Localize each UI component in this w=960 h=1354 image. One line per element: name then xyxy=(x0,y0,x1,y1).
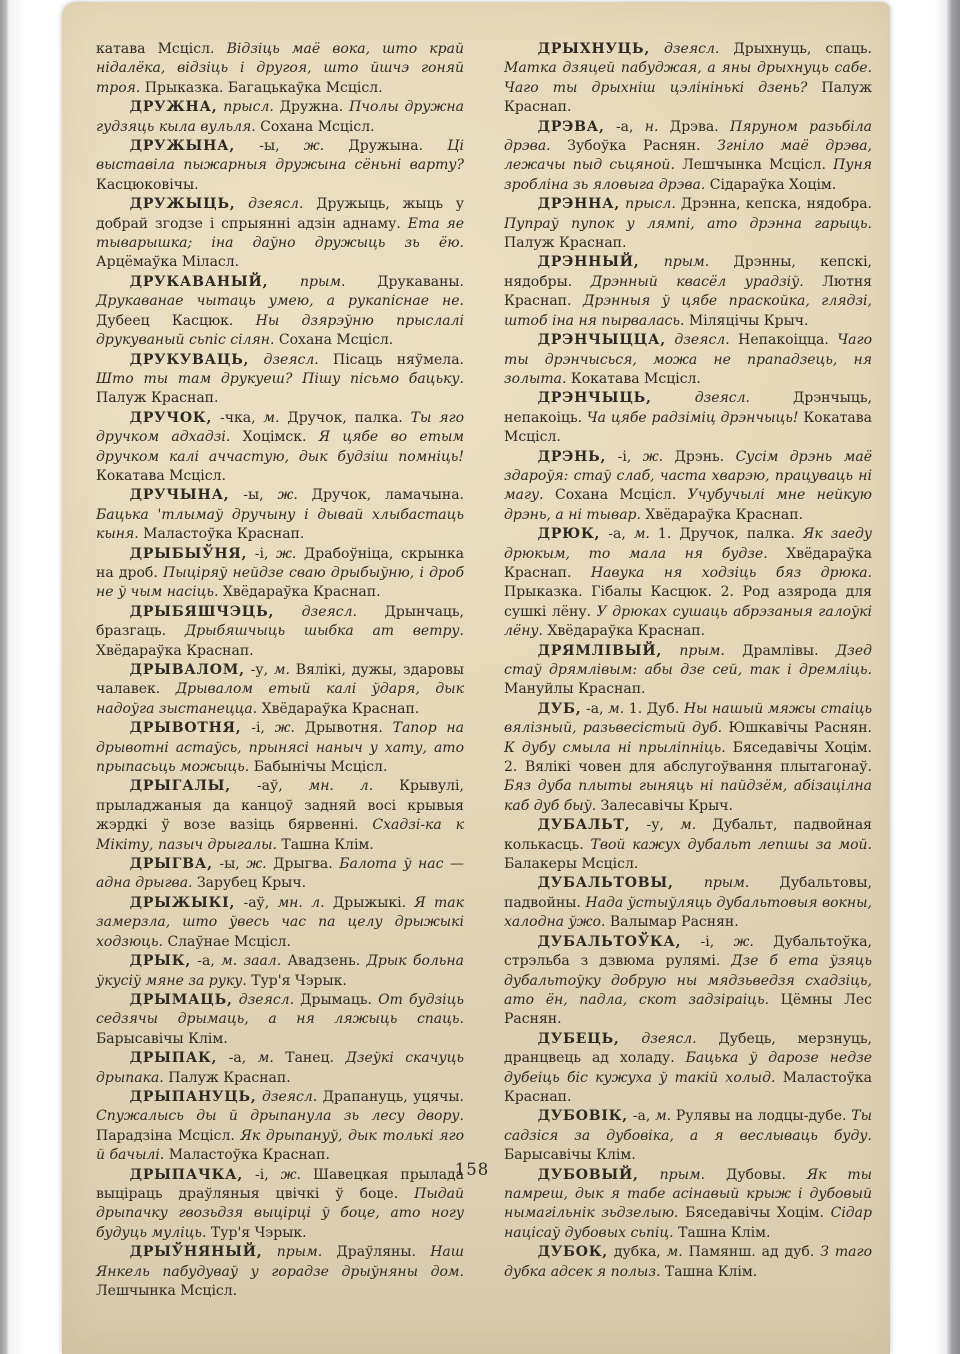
headword: ДРЭНЧЫЦЦА, xyxy=(538,332,666,348)
entry-text-italic: дзеясл. xyxy=(620,1031,697,1047)
dictionary-entry: ДРЫМАЦЬ, дзеясл. Дрымаць. От будзіць сед… xyxy=(96,991,464,1049)
column-right: ДРЫХНУЦЬ, дзеясл. Дрыхнуць, спаць. Матка… xyxy=(504,40,872,1301)
entry-text-italic: м. xyxy=(268,662,290,678)
dictionary-entry: ДУБАЛЬТОЎКА, -і, ж. Дубальтоўка, стрэльб… xyxy=(504,933,872,1030)
headword: ДРУЖНА, xyxy=(130,99,218,115)
headword: ДРЫЎНЯНЫЙ, xyxy=(130,1244,263,1260)
dictionary-entry: ДРЫК, -а, м. заал. Авадзень. Дрык больна… xyxy=(96,952,464,991)
entry-text: -а, xyxy=(605,119,634,135)
entry-text: Барысавічы Клім. xyxy=(504,1147,636,1163)
entry-text: Залесавічы Крыч. xyxy=(596,798,733,814)
dictionary-entry: ДУБОВЫЙ, прым. Дубовы. Як ты памреш, дык… xyxy=(504,1166,872,1244)
entry-text-italic: м. xyxy=(661,1244,683,1260)
entry-text: Дрэнь. xyxy=(663,449,724,465)
entry-text-italic: м. xyxy=(650,1108,671,1124)
entry-text-italic: м. заал. xyxy=(215,953,281,969)
entry-text: Міляцічы Крыч. xyxy=(684,313,808,329)
dictionary-entry: ДРЫВАЛОМ, -у, м. Вялікі, дужы, здаровы ч… xyxy=(96,661,464,719)
entry-text: -а, xyxy=(628,1108,650,1124)
headword: ДУБОВЫЙ, xyxy=(538,1167,639,1183)
entry-text: Прыказка. Багацькаўка Мсцісл. xyxy=(140,80,382,96)
entry-text: Арцёмаўка Міласл. xyxy=(96,254,239,270)
dictionary-entry: ДРУЖЫЦЬ, дзеясл. Дружыць, жыць у добрай … xyxy=(96,195,464,273)
headword: ДРЫПАЧКА, xyxy=(130,1167,243,1183)
entry-text: Маластоўка Краснап. xyxy=(139,526,305,542)
entry-text-italic: м. xyxy=(604,701,625,717)
entry-text: катава Мсцісл. xyxy=(96,41,214,57)
entry-text-italic: н. xyxy=(633,119,658,135)
entry-text-italic: мн. л. xyxy=(269,895,324,911)
entry-text: -і, xyxy=(606,449,631,465)
headword: ДУБАЛЬТ, xyxy=(538,817,631,833)
entry-text-italic: ж. xyxy=(240,856,267,872)
dictionary-entry: ДРУЧОК, -чка, м. Дручок, палка. Ты яго д… xyxy=(96,409,464,487)
entry-text-italic: Навука ня ходзіць бяз дрюка. xyxy=(571,565,872,581)
entry-text: Авадзень. xyxy=(281,953,360,969)
entry-text-italic: ж. xyxy=(714,934,754,950)
headword: ДРЫЖЫКІ, xyxy=(130,895,236,911)
entry-text: Сохана Мсцісл. xyxy=(256,119,375,135)
entry-text-italic: Пупраў пупок у лямпі, ато дрэнна гарыць. xyxy=(504,216,872,232)
entry-text: -і, xyxy=(247,546,268,562)
headword: ДРУКУВАЦЬ, xyxy=(130,352,250,368)
headword: ДРЫБЫЎНЯ, xyxy=(130,546,248,562)
entry-text: -ы, xyxy=(235,138,280,154)
dictionary-entry: ДРЭНЧЫЦЬ, дзеясл. Дрэнчыць, непакоіць. Ч… xyxy=(504,389,872,447)
entry-text-italic: Твой кажух дубальт лепшы за мой. xyxy=(584,837,872,853)
entry-text: -а, xyxy=(600,526,626,542)
entry-text-italic: Спужалысь ды й дрыпанула зь лесу двору. xyxy=(96,1108,464,1124)
entry-text-italic: дзеясл. xyxy=(650,41,719,57)
headword: ДРЫК, xyxy=(130,953,191,969)
headword: ДРЭННЫЙ, xyxy=(538,254,640,270)
headword: ДРУЧЫНА, xyxy=(130,487,230,503)
entry-text: Ташна Клім. xyxy=(660,1264,757,1280)
entry-text: -чка, xyxy=(212,410,255,426)
dictionary-entry: ДРЫБЫЎНЯ, -і, ж. Драбоўніца, скрынка на … xyxy=(96,545,464,603)
entry-text: Дрэнна, кепска, нядобра. xyxy=(676,196,872,212)
entry-text: Дручок, палка. xyxy=(279,410,402,426)
entry-text: -у, xyxy=(245,662,268,678)
entry-text-italic: ж. xyxy=(269,1167,301,1183)
dictionary-entry: ДРУКАВАНЫЙ, прым. Друкаваны. Друкаванае … xyxy=(96,273,464,351)
dictionary-entry: ДРЭННЫЙ, прым. Дрэнны, кепскі, нядобры. … xyxy=(504,253,872,331)
entry-text-italic: ж. xyxy=(264,487,298,503)
entry-text: Дрыжыкі. xyxy=(325,895,407,911)
entry-text: -ы, xyxy=(213,856,240,872)
entry-text: Палуж Краснап. xyxy=(96,390,218,406)
headword: ДРЭНЬ, xyxy=(538,449,607,465)
headword: ДУБОВІК, xyxy=(538,1108,628,1124)
entry-text: Кокатава Мсцісл. xyxy=(96,468,226,484)
entry-text-italic: дзеясл. xyxy=(249,352,319,368)
entry-text-italic: м. xyxy=(664,817,696,833)
entry-text: Драўляны. xyxy=(322,1244,416,1260)
dictionary-entry: ДРЫГВА, -ы, ж. Дрыгва. Балота ў нас — ад… xyxy=(96,855,464,894)
headword: ДРЭННА, xyxy=(538,196,620,212)
dictionary-entry: ДУБЕЦЬ, дзеясл. Дубець, мерзнуць, дранцв… xyxy=(504,1030,872,1108)
entry-text-italic: прым. xyxy=(639,1167,705,1183)
entry-text: -а, xyxy=(191,953,215,969)
entry-text: 1. Дручок, палка. xyxy=(650,526,795,542)
entry-text: -ы, xyxy=(229,487,263,503)
entry-text: Зарубец Крыч. xyxy=(193,875,307,891)
entry-text-italic: Дрэнный квасёл урадзіў. xyxy=(572,274,804,290)
entry-text-italic: прым. xyxy=(674,875,750,891)
entry-text: Зубоўка Раснян. xyxy=(551,138,701,154)
headword: ДРЫГВА, xyxy=(130,856,213,872)
dictionary-entry: ДРЫГАЛЫ, -аў, мн. л. Крывулі, прыладжаны… xyxy=(96,777,464,855)
entry-text: Дрыгва. xyxy=(267,856,333,872)
entry-text: Мануйлы Краснап. xyxy=(504,681,646,697)
entry-text: -і, xyxy=(242,720,265,736)
dictionary-entry: ДРЫБЯШЧЭЦЬ, дзеясл. Дрынчаць, бразгаць. … xyxy=(96,603,464,661)
entry-text-italic: мн. л. xyxy=(283,778,374,794)
headword: ДРЫГАЛЫ, xyxy=(130,778,231,794)
entry-text: Хвёдараўка Краснап. xyxy=(257,701,419,717)
entry-text-italic: дзеясл. xyxy=(235,196,303,212)
entry-text: Тур'я Чэрык. xyxy=(206,1225,306,1241)
dictionary-entry: ДРУЖНА, прысл. Дружна. Пчолы дружна гудз… xyxy=(96,98,464,137)
entry-text: Тур'я Чэрык. xyxy=(247,973,347,989)
entry-text: -у, xyxy=(630,817,664,833)
headword: ДРЫПАК, xyxy=(130,1050,218,1066)
headword: ДУБ, xyxy=(538,701,582,717)
entry-text: Непакоіцца. xyxy=(730,332,829,348)
dictionary-entry: ДРЫПАНУЦЬ, дзеясл. Драпануць, уцячы. Спу… xyxy=(96,1088,464,1166)
entry-text-italic: Што ты там друкуеш? Пішу пісьмо бацьку. xyxy=(96,371,464,387)
dictionary-entry: ДРЫЎНЯНЫЙ, прым. Драўляны. Наш Янкель па… xyxy=(96,1243,464,1301)
entry-text-italic: прым. xyxy=(262,1244,322,1260)
entry-text-italic: дзеясл. xyxy=(652,390,750,406)
entry-text-italic: прым. xyxy=(268,274,345,290)
entry-text: Пісаць няўмела. xyxy=(319,352,464,368)
entry-text: Дубовы. xyxy=(705,1167,786,1183)
entry-text: Драмлівы. xyxy=(725,643,819,659)
dictionary-entry: ДРЭНЬ, -і, ж. Дрэнь. Сусім дрэнь маё зда… xyxy=(504,448,872,526)
entry-text: Дручок, ламачына. xyxy=(298,487,464,503)
headword: ДРУЧОК, xyxy=(130,410,213,426)
entry-text: Лешчынка Мсцісл. xyxy=(675,157,826,173)
headword: ДРЮК, xyxy=(538,526,601,542)
entry-text-italic: м. xyxy=(626,526,650,542)
entry-text: Палуж Краснап. xyxy=(164,1070,291,1086)
dictionary-entry: ДРЫЖЫКІ, -аў, мн. л. Дрыжыкі. Я так заме… xyxy=(96,894,464,952)
dictionary-entry: ДРЫПАК, -а, м. Танец. Дзеўкі скачуць дры… xyxy=(96,1049,464,1088)
headword: ДУБАЛЬТОВЫ, xyxy=(538,875,674,891)
entry-text: Кокатава Мсцісл. xyxy=(566,371,700,387)
entry-text: -а, xyxy=(581,701,603,717)
entry-text-italic: ж. xyxy=(265,720,295,736)
entry-text: Балакеры Мсцісл. xyxy=(504,856,638,872)
entry-text: Барысавічы Клім. xyxy=(96,1031,228,1047)
dictionary-entry: ДРЭННА, прысл. Дрэнна, кепска, нядобра. … xyxy=(504,195,872,253)
headword: ДРЯМЛІВЫЙ, xyxy=(538,643,663,659)
entry-text: Дрэва. xyxy=(658,119,718,135)
text-block: катава Мсцісл. Відзіць маё вока, што кра… xyxy=(96,40,872,1301)
headword: ДРЭВА, xyxy=(538,119,605,135)
headword: ДРЭНЧЫЦЬ, xyxy=(538,390,652,406)
entry-text: Сідараўка Хоцім. xyxy=(705,177,836,193)
entry-text-italic: ж. xyxy=(631,449,663,465)
entry-text-italic: дзеясл. xyxy=(233,992,294,1008)
entry-text: Дрыхнуць, спаць. xyxy=(719,41,872,57)
dictionary-entry: катава Мсцісл. Відзіць маё вока, што кра… xyxy=(96,40,464,98)
dictionary-entry: ДРЫХНУЦЬ, дзеясл. Дрыхнуць, спаць. Матка… xyxy=(504,40,872,118)
entry-text-italic: Ча цябе радзіміц дрэнчыць! xyxy=(582,410,798,426)
entry-text-italic: дзеясл. xyxy=(257,1089,318,1105)
dictionary-entry: ДРУЖЫНА, -ы, ж. Дружына. Ці выставіла пы… xyxy=(96,137,464,195)
entry-text: Касцюковічы. xyxy=(96,177,199,193)
entry-text: Лешчынка Мсцісл. xyxy=(96,1283,237,1299)
entry-text-italic: ж. xyxy=(268,546,296,562)
entry-text: Памянш. ад дуб. xyxy=(683,1244,815,1260)
page-number: 158 xyxy=(442,1160,502,1179)
entry-text: дубка, xyxy=(608,1244,661,1260)
entry-text: -аў, xyxy=(231,778,283,794)
entry-text-italic: К дубу смыла ні прыліпніць. xyxy=(504,740,726,756)
headword: ДРЫХНУЦЬ, xyxy=(538,41,650,57)
entry-text: Друкаваны. xyxy=(345,274,464,290)
headword: ДУБАЛЬТОЎКА, xyxy=(538,934,682,950)
headword: ДРУКАВАНЫЙ, xyxy=(130,274,269,290)
entry-text: Танец. xyxy=(274,1050,334,1066)
headword: ДРУЖЫНА, xyxy=(130,138,235,154)
entry-text: -аў, xyxy=(235,895,269,911)
entry-text: Бяседавічы Хоцім. xyxy=(679,1205,824,1221)
entry-text: -і, xyxy=(681,934,714,950)
dictionary-entry: ДРЫВОТНЯ, -і, ж. Дрывотня. Тапор на дрыв… xyxy=(96,719,464,777)
entry-text: Дрывотня. xyxy=(295,720,383,736)
headword: ДРУЖЫЦЬ, xyxy=(130,196,236,212)
entry-text: Драпануць, уцячы. xyxy=(317,1089,464,1105)
column-left: катава Мсцісл. Відзіць маё вока, што кра… xyxy=(96,40,464,1301)
headword: ДРЫВОТНЯ, xyxy=(130,720,242,736)
dictionary-entry: ДРЮК, -а, м. 1. Дручок, палка. Як заеду … xyxy=(504,525,872,641)
entry-text: Юшкавічы Раснян. xyxy=(722,720,872,736)
dictionary-entry: ДУБ, -а, м. 1. Дуб. Ны нашый мяжы стаіць… xyxy=(504,700,872,816)
entry-text: -і, xyxy=(243,1167,269,1183)
entry-text-italic: дзеясл. xyxy=(274,604,357,620)
entry-text: -а, xyxy=(217,1050,246,1066)
headword: ДУБЕЦЬ, xyxy=(538,1031,620,1047)
entry-text: Дубеец Касцюк. xyxy=(96,313,233,329)
entry-text: Дружна. xyxy=(274,99,343,115)
entry-text-italic: ж. xyxy=(280,138,325,154)
entry-text: Сохана Мсцісл. xyxy=(544,487,677,503)
entry-text: Бабынічы Мсцісл. xyxy=(249,759,387,775)
entry-text: Валымар Раснян. xyxy=(605,914,738,930)
headword: ДУБОК, xyxy=(538,1244,608,1260)
entry-text: Хвёдараўка Краснап. xyxy=(543,623,705,639)
headword: ДРЫБЯШЧЭЦЬ, xyxy=(130,604,275,620)
dictionary-entry: ДРУКУВАЦЬ, дзеясл. Пісаць няўмела. Што т… xyxy=(96,351,464,409)
entry-text: Дружына. xyxy=(324,138,423,154)
dictionary-entry: ДРЭВА, -а, н. Дрэва. Пяруном разьбіла др… xyxy=(504,118,872,196)
entry-text-italic: Дрыбяшчыць шыбка ат ветру. xyxy=(166,623,464,639)
dictionary-entry: ДРУЧЫНА, -ы, ж. Дручок, ламачына. Бацька… xyxy=(96,486,464,544)
headword: ДРЫПАНУЦЬ, xyxy=(130,1089,257,1105)
entry-text-italic: прым. xyxy=(640,254,710,270)
dictionary-entry: ДРЫПАЧКА, -і, ж. Шавецкая прылада выціра… xyxy=(96,1166,464,1244)
entry-text-italic: прысл. xyxy=(620,196,676,212)
headword: ДРЫМАЦЬ, xyxy=(130,992,233,1008)
scanned-book-page: катава Мсцісл. Відзіць маё вока, што кра… xyxy=(0,0,960,1354)
entry-text: Ташна Клім. xyxy=(277,837,374,853)
entry-text: Палуж Краснап. xyxy=(504,235,626,251)
dictionary-entry: ДУБОВІК, -а, м. Рулявы на лодцы-дубе. Ты… xyxy=(504,1107,872,1165)
entry-text: 1. Дуб. xyxy=(624,701,679,717)
entry-text: Парадзіна Мсцісл. xyxy=(96,1128,235,1144)
entry-text-italic: Друкаванае чытаць умею, а рукапіснае не. xyxy=(96,293,464,309)
entry-text: Ташна Клім. xyxy=(674,1225,771,1241)
entry-text: Хвёдараўка Краснап. xyxy=(218,584,380,600)
entry-text: Маластоўка Краснап. xyxy=(164,1147,330,1163)
dictionary-entry: ДУБАЛЬТОВЫ, прым. Дубальтовы, падвойны. … xyxy=(504,874,872,932)
headword: ДРЫВАЛОМ, xyxy=(130,662,245,678)
entry-text: Хоцімск. xyxy=(230,429,306,445)
entry-text-italic: м. xyxy=(246,1050,274,1066)
entry-text: Рулявы на лодцы-дубе. xyxy=(671,1108,846,1124)
dictionary-entry: ДУБАЛЬТ, -у, м. Дубальт, падвойная кольк… xyxy=(504,816,872,874)
entry-text: Хвёдараўка Краснап. xyxy=(641,507,803,523)
dictionary-entry: ДРЭНЧЫЦЦА, дзеясл. Непакоіцца. Чаго ты д… xyxy=(504,331,872,389)
entry-text-italic: м. xyxy=(256,410,280,426)
entry-text: Хвёдараўка Краснап. xyxy=(96,643,254,659)
entry-text-italic: прым. xyxy=(662,643,725,659)
entry-text: Дрымаць. xyxy=(294,992,372,1008)
entry-text: Слаўнае Мсцісл. xyxy=(163,934,291,950)
entry-text-italic: дзеясл. xyxy=(666,332,730,348)
dictionary-page: катава Мсцісл. Відзіць маё вока, што кра… xyxy=(62,2,890,1354)
dictionary-entry: ДРЯМЛІВЫЙ, прым. Драмлівы. Дзед стаў дря… xyxy=(504,642,872,700)
dictionary-entry: ДУБОК, дубка, м. Памянш. ад дуб. З таго … xyxy=(504,1243,872,1282)
entry-text-italic: прысл. xyxy=(217,99,273,115)
entry-text: Сохана Мсцісл. xyxy=(274,332,393,348)
